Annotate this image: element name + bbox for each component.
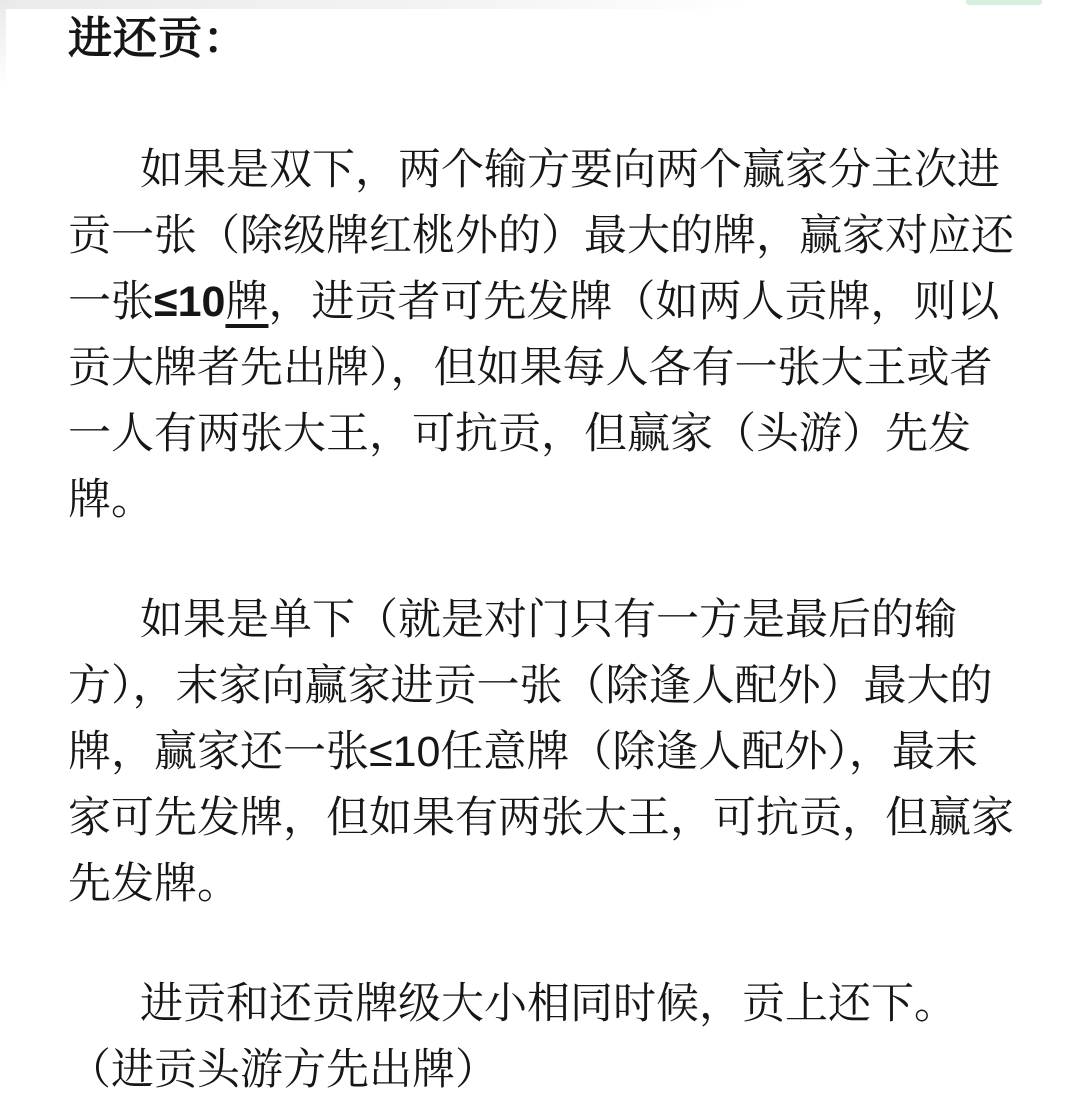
text-segment: 贡一张（除级牌红桃外的）最大的牌，赢家对应还 xyxy=(68,212,1014,260)
paragraph-equal-rank-rule: 进贡和还贡牌级大小相同时候，贡上还下。（进贡头游方先出牌） xyxy=(68,971,1013,1103)
text-line: （进贡头游方先出牌） xyxy=(68,1037,1013,1103)
paragraph-single-down-rule: 如果是单下（就是对门只有一方是最后的输方），末家向赢家进贡一张（除逢人配外）最大… xyxy=(68,587,1013,917)
text-line: 家可先发牌，但如果有两张大王，可抗贡，但赢家 xyxy=(68,785,1013,851)
text-segment-underline: 牌 xyxy=(225,278,268,326)
text-line: 一张≤10牌，进贡者可先发牌（如两人贡牌，则以 xyxy=(68,269,1013,335)
text-line: 方），末家向赢家进贡一张（除逢人配外）最大的 xyxy=(68,653,1013,719)
paragraph-double-down-rule: 如果是双下，两个输方要向两个赢家分主次进贡一张（除级牌红桃外的）最大的牌，赢家对… xyxy=(68,137,1013,533)
text-line: 如果是单下（就是对门只有一方是最后的输 xyxy=(68,587,1013,653)
text-line: 一人有两张大王，可抗贡，但赢家（头游）先发 xyxy=(68,401,1013,467)
text-segment: 如果是单下（就是对门只有一方是最后的输 xyxy=(140,596,957,644)
text-segment: 一人有两张大王，可抗贡，但赢家（头游）先发 xyxy=(68,410,971,458)
text-segment: （进贡头游方先出牌） xyxy=(68,1046,498,1094)
text-segment: 家可先发牌，但如果有两张大王，可抗贡，但赢家 xyxy=(68,794,1014,842)
text-line: 先发牌。 xyxy=(68,851,1013,917)
text-line: 贡大牌者先出牌），但如果每人各有一张大王或者 xyxy=(68,335,1013,401)
text-segment: 贡大牌者先出牌），但如果每人各有一张大王或者 xyxy=(68,344,993,392)
text-segment: 先发牌。 xyxy=(68,860,240,908)
document-page: 进还贡： 如果是双下，两个输方要向两个赢家分主次进贡一张（除级牌红桃外的）最大的… xyxy=(0,0,1079,1103)
text-segment: 牌。 xyxy=(68,476,154,524)
text-segment: ，进贡者可先发牌（如两人贡牌，则以 xyxy=(268,278,999,326)
text-segment: 如果是双下，两个输方要向两个赢家分主次进 xyxy=(140,146,1000,194)
paragraphs-container: 如果是双下，两个输方要向两个赢家分主次进贡一张（除级牌红桃外的）最大的牌，赢家对… xyxy=(68,137,1013,1103)
text-segment: 牌，赢家还一张≤10任意牌（除逢人配外），最末 xyxy=(68,728,978,776)
text-line: 进贡和还贡牌级大小相同时候，贡上还下。 xyxy=(68,971,1013,1037)
text-segment: 一张 xyxy=(68,278,154,326)
text-segment: 进贡和还贡牌级大小相同时候，贡上还下。 xyxy=(140,980,957,1028)
text-line: 贡一张（除级牌红桃外的）最大的牌，赢家对应还 xyxy=(68,203,1013,269)
text-line: 如果是双下，两个输方要向两个赢家分主次进 xyxy=(68,137,1013,203)
page-title: 进还贡： xyxy=(68,10,1013,68)
text-segment: 方），末家向赢家进贡一张（除逢人配外）最大的 xyxy=(68,662,993,710)
text-line: 牌，赢家还一张≤10任意牌（除逢人配外），最末 xyxy=(68,719,1013,785)
text-line: 牌。 xyxy=(68,467,1013,533)
text-segment-bold: ≤10 xyxy=(154,278,225,326)
